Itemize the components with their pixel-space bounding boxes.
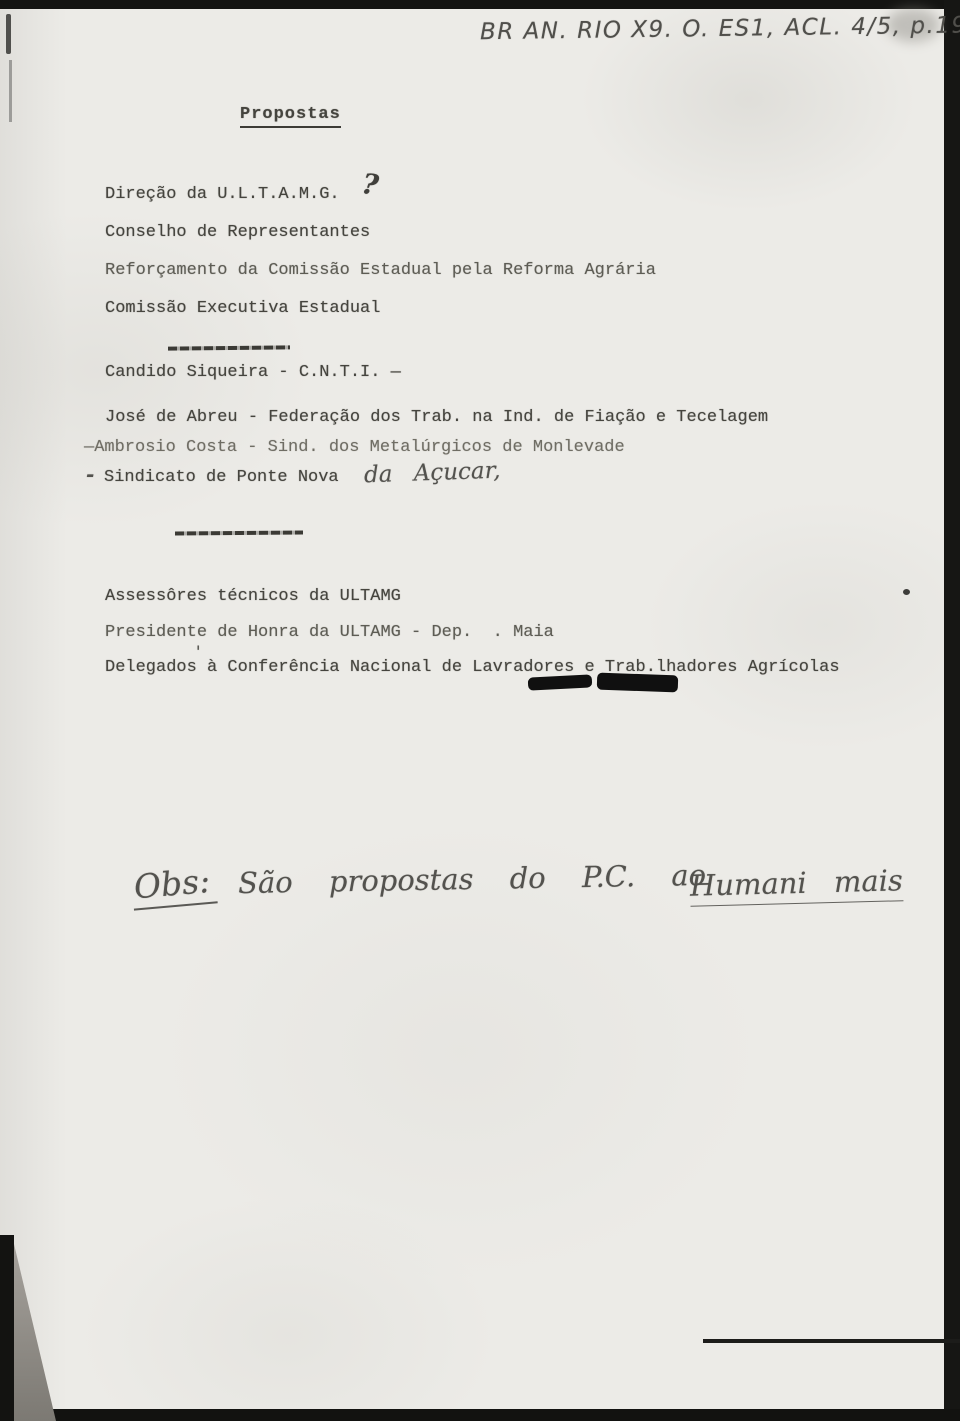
handwritten-note-middle: São propostas do P.C. ao [238, 858, 707, 900]
scan-artifact-line [703, 1339, 960, 1343]
scan-edge-bottom [0, 1409, 960, 1421]
scan-edge-top [0, 0, 960, 9]
scan-left-mark [9, 60, 12, 122]
handwritten-dash-mark: - [86, 462, 94, 486]
official-line-delegados: Delegados à Conferência Nacional de Lavr… [105, 658, 840, 678]
scan-edge-left [0, 1235, 14, 1421]
page-corner-shadow [14, 1244, 56, 1421]
handwritten-note-ending: Humani mais [690, 863, 904, 907]
redaction-mark [597, 673, 679, 693]
handwritten-question-mark: ? [360, 167, 381, 202]
handwritten-suffix-acucar: da Açucar, [364, 458, 501, 489]
member-line-candido: Candido Siqueira - C.N.T.I. — [105, 363, 401, 383]
handwritten-note-opening: Obs: [130, 860, 218, 910]
proposal-line-comissao-executiva: Comissão Executiva Estadual [105, 299, 380, 319]
typed-divider-line [175, 531, 303, 535]
proposal-line-reforcamento: Reforçamento da Comissão Estadual pela R… [105, 261, 656, 281]
official-line-assessores: Assessôres técnicos da ULTAMG [105, 587, 401, 607]
official-line-presidente: Presidente de Honra da ULTAMG - Dep. . M… [105, 623, 554, 643]
member-line-ambrosio: —Ambrosio Costa - Sind. dos Metalúrgicos… [84, 438, 625, 458]
scan-edge-right [944, 0, 960, 1421]
member-line-jose: José de Abreu - Federação dos Trab. na I… [105, 408, 768, 428]
handwritten-accent-tick: ' [196, 642, 200, 661]
ink-dot [903, 589, 910, 595]
scan-left-mark [6, 14, 11, 54]
document-title: Propostas [240, 105, 341, 128]
typed-divider-line [168, 345, 290, 350]
redaction-mark [528, 674, 593, 690]
member-line-sindicato: Sindicato de Ponte Nova [104, 468, 339, 488]
proposal-line-conselho: Conselho de Representantes [105, 223, 370, 243]
proposal-line-direcao: Direção da U.L.T.A.M.G. [105, 185, 340, 205]
archival-reference-handwritten: BR AN. RIO X9. O. ES1, ACL. 4/5, p.19 [480, 13, 950, 46]
scanned-document-page: BR AN. RIO X9. O. ES1, ACL. 4/5, p.19 Pr… [0, 0, 960, 1421]
